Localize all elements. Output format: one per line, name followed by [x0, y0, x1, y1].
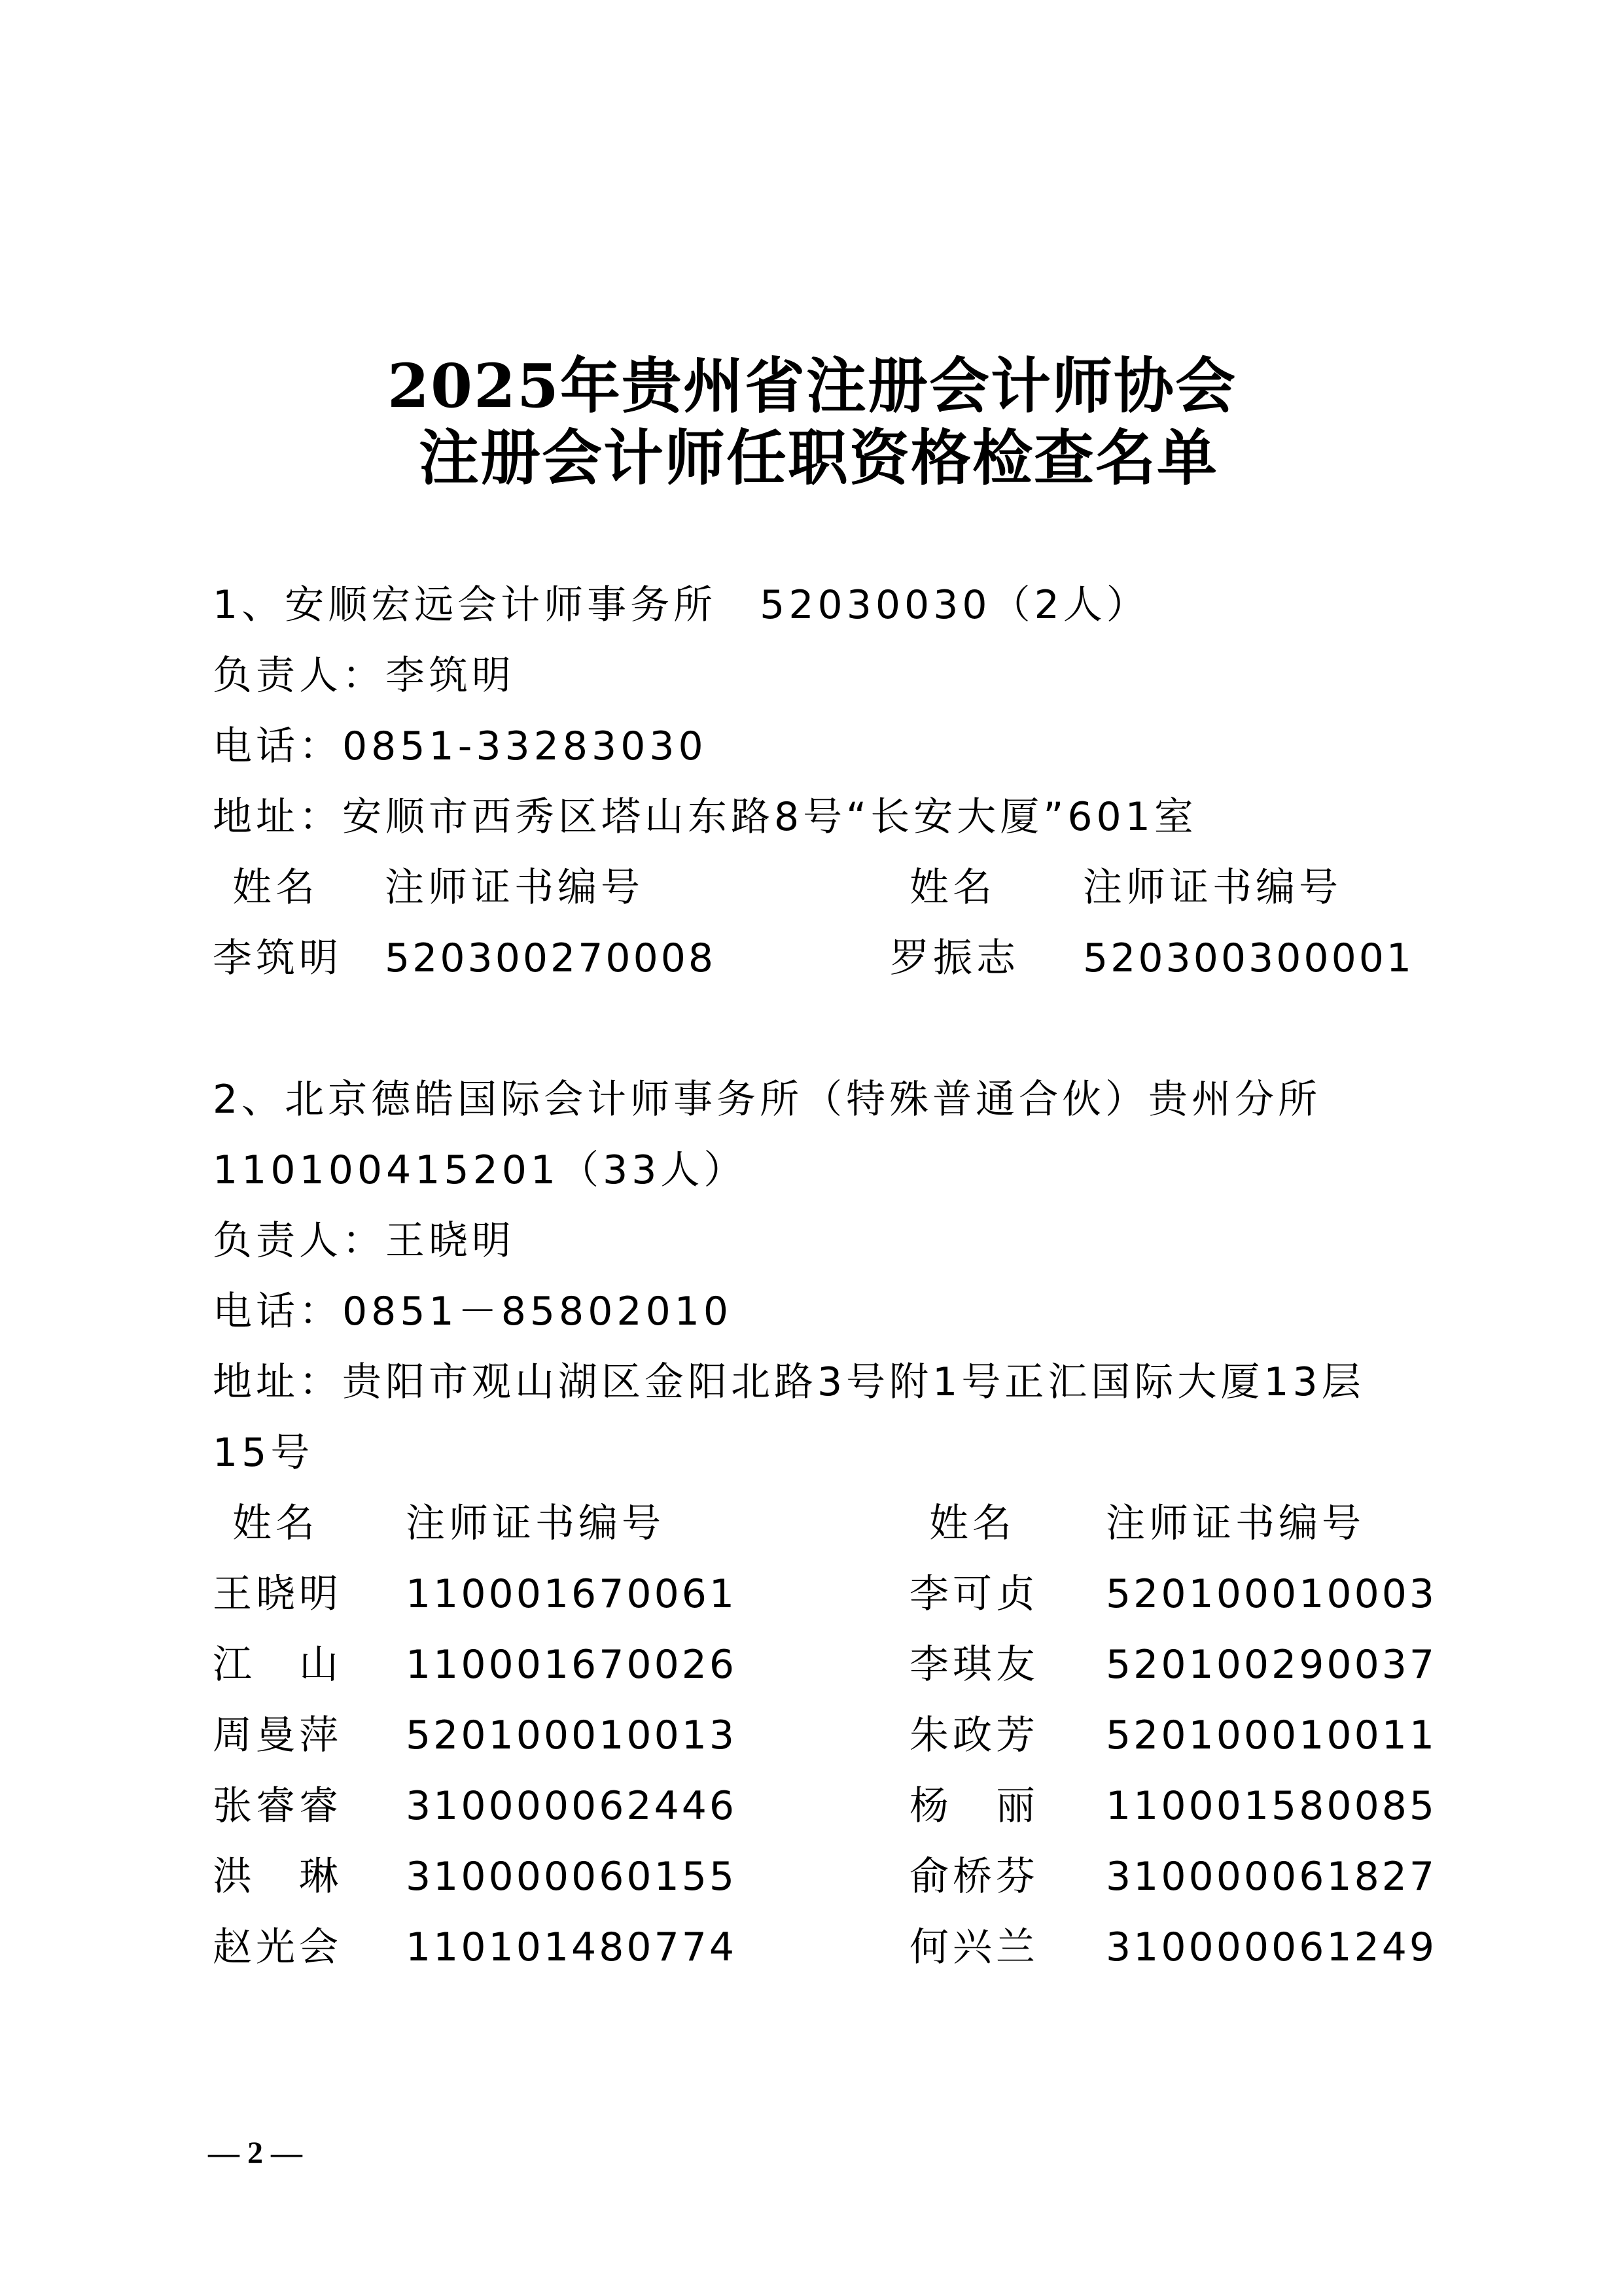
member-cert-id: 310000060155 — [406, 1851, 737, 1903]
column-header-name: 姓名 — [909, 861, 996, 914]
member-cert-id: 310000062446 — [406, 1780, 737, 1832]
member-name: 李筑明 — [213, 932, 342, 984]
column-header-name: 姓名 — [929, 1497, 1015, 1550]
member-cert-id: 310000061827 — [1106, 1851, 1437, 1903]
member-name: 俞桥芬 — [909, 1851, 1039, 1903]
member-name: 江 山 — [213, 1639, 342, 1691]
column-header-name: 姓名 — [232, 861, 319, 914]
column-header-cert-id: 注师证书编号 — [385, 861, 644, 914]
member-cert-id: 520100010003 — [1106, 1568, 1437, 1620]
member-cert-id: 110101480774 — [406, 1921, 737, 1974]
member-name: 洪 琳 — [213, 1851, 342, 1903]
member-name: 张睿睿 — [213, 1780, 342, 1832]
firm-head-person: 负责人：李筑明 — [213, 650, 515, 702]
member-name: 王晓明 — [213, 1568, 342, 1620]
firm-heading: 2、北京德皓国际会计师事务所（特殊普通合伙）贵州分所 — [213, 1073, 1321, 1126]
member-cert-id: 110001670026 — [406, 1639, 737, 1691]
member-name: 周曼萍 — [213, 1709, 342, 1762]
firm-address: 地址：安顺市西秀区塔山东路8号“长安大厦”601室 — [213, 791, 1197, 843]
member-cert-id: 110001670061 — [406, 1568, 737, 1620]
firm-heading: 1、安顺宏远会计师事务所 52030030（2人） — [213, 579, 1150, 631]
member-name: 朱政芳 — [909, 1709, 1039, 1762]
member-cert-id: 520300300001 — [1083, 932, 1414, 984]
firm-address-continued: 15号 — [213, 1427, 313, 1479]
document-page: 2025年贵州省注册会计师协会 注册会计师任职资格检查名单 1、安顺宏远会计师事… — [0, 0, 1624, 2296]
document-title-line1: 2025年贵州省注册会计师协会 — [0, 350, 1624, 422]
member-cert-id: 520100010013 — [406, 1709, 737, 1762]
member-cert-id: 520100010011 — [1106, 1709, 1437, 1762]
column-header-cert-id: 注师证书编号 — [1083, 861, 1342, 914]
member-name: 何兴兰 — [909, 1921, 1039, 1974]
member-name: 李可贞 — [909, 1568, 1039, 1620]
member-cert-id: 520100290037 — [1106, 1639, 1437, 1691]
firm-head-person: 负责人：王晓明 — [213, 1215, 515, 1267]
member-name: 杨 丽 — [909, 1780, 1039, 1832]
document-title-line2: 注册会计师任职资格检查名单 — [0, 422, 1624, 494]
member-cert-id: 520300270008 — [385, 932, 716, 984]
member-name: 李琪友 — [909, 1639, 1039, 1691]
member-name: 罗振志 — [890, 932, 1019, 984]
firm-address: 地址：贵阳市观山湖区金阳北路3号附1号正汇国际大厦13层 — [213, 1356, 1365, 1408]
firm-phone: 电话：0851－85802010 — [213, 1285, 732, 1338]
member-cert-id: 110001580085 — [1106, 1780, 1437, 1832]
member-cert-id: 310000061249 — [1106, 1921, 1437, 1974]
firm-phone: 电话：0851-33283030 — [213, 720, 707, 773]
column-header-cert-id: 注师证书编号 — [1106, 1497, 1365, 1550]
column-header-cert-id: 注师证书编号 — [406, 1497, 665, 1550]
firm-heading-continued: 110100415201（33人） — [213, 1144, 747, 1196]
page-number: — 2 — — [208, 2134, 302, 2173]
member-name: 赵光会 — [213, 1921, 342, 1974]
column-header-name: 姓名 — [232, 1497, 319, 1550]
